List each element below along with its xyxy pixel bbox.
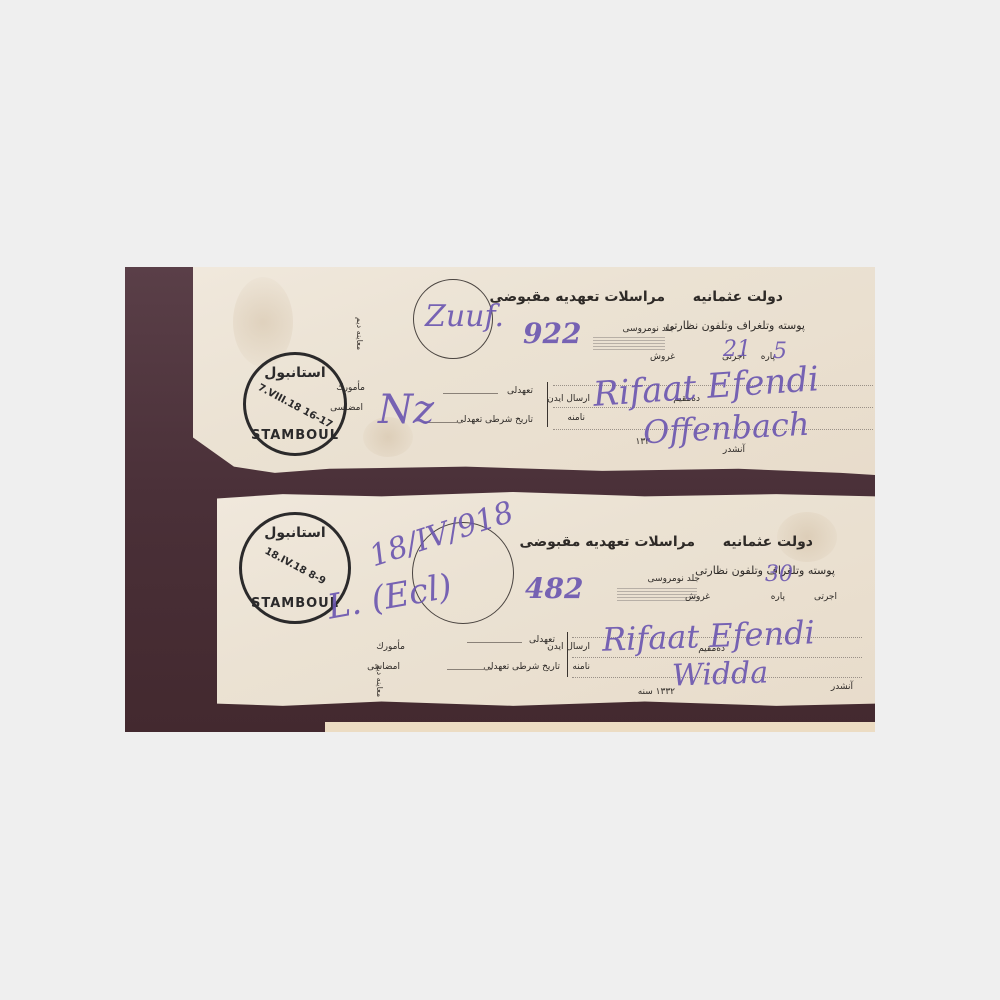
recipient-label: نامنه <box>567 413 585 423</box>
taahhud-line <box>443 393 498 394</box>
taahhud-line <box>467 642 522 643</box>
receipt-3-edge <box>325 722 875 732</box>
postmark-city-ottoman: استانبول <box>242 525 348 541</box>
kurus-label: غروش <box>650 352 675 362</box>
handwritten-fee-kurus: 5 <box>773 339 787 364</box>
postmark-stamp: استانبول 7.VIII.18 16-17 STAMBOUL <box>243 352 347 456</box>
postmark-date: 7.VIII.18 16-17 <box>249 379 341 435</box>
header-state: دولت عثمانيه <box>693 289 783 305</box>
postmark-date-value: 18.IV.18 <box>263 546 308 577</box>
field-divider <box>567 632 568 677</box>
postmark-date-value: 7.VIII.18 <box>256 382 303 414</box>
volume-number-hatch <box>593 337 665 351</box>
receipt-2: معاينه ديم دولت عثمانيه مراسلات تعهديه م… <box>217 492 875 708</box>
header-title: مراسلات تعهديه مقبوضى <box>489 289 665 305</box>
receipt-1: معاينه ديم دولت عثمانيه مراسلات تعهديه م… <box>193 267 875 475</box>
header-title: مراسلات تعهديه مقبوضى <box>519 534 695 550</box>
signature-label: امضاسى <box>367 662 400 672</box>
field-divider <box>547 382 548 427</box>
taahhud-label: تعهدلى <box>529 635 555 645</box>
fee-label: اجرتى <box>814 592 837 602</box>
handwritten-fee-para: 30 <box>765 562 793 587</box>
footer-label: آنشدر <box>831 682 853 692</box>
taahhud-label: تعهدلى <box>507 386 533 396</box>
registration-label: تاريخ شرطى تعهدلى <box>483 662 560 672</box>
handwritten-sender-name: Rifaat Efendi <box>601 613 815 658</box>
header-state: دولت عثمانيه <box>723 534 813 550</box>
year-label: ١٣٣٢ سنه <box>638 687 675 697</box>
handwritten-initials: Nz <box>378 387 434 433</box>
kurus-label: غروش <box>685 592 710 602</box>
registration-line <box>447 669 492 670</box>
sender-label: ارسال ايدن <box>547 394 590 404</box>
postmark-time-value: 8-9 <box>306 569 327 587</box>
handwritten-destination: Widda <box>671 655 768 693</box>
para-label: پاره <box>771 592 785 602</box>
postmark-city-latin: STAMBOUL <box>246 428 344 443</box>
handwritten-number: 482 <box>525 572 583 605</box>
volume-number-label: جلد نومروسى <box>623 324 675 334</box>
recipient-label: نامنه <box>572 662 590 672</box>
handwritten-fee-para: 21 <box>723 337 751 362</box>
vertical-note: معاينه ديم <box>355 295 364 350</box>
handwritten-circled-note: Zuuf. <box>425 299 504 334</box>
ministry-name: پوسته وتلغراف وتلفون نظارتى <box>665 319 805 332</box>
officer-label: مأمورك <box>376 642 405 652</box>
document-photograph: معاينه ديم دولت عثمانيه مراسلات تعهديه م… <box>125 267 875 732</box>
handwritten-destination: Offenbach <box>642 405 810 452</box>
volume-number-label: جلد نومروسى <box>648 574 700 584</box>
postmark-city-ottoman: استانبول <box>246 365 344 381</box>
handwritten-number: 922 <box>523 317 581 350</box>
registration-label: تاريخ شرطى تعهدلى <box>456 415 533 425</box>
